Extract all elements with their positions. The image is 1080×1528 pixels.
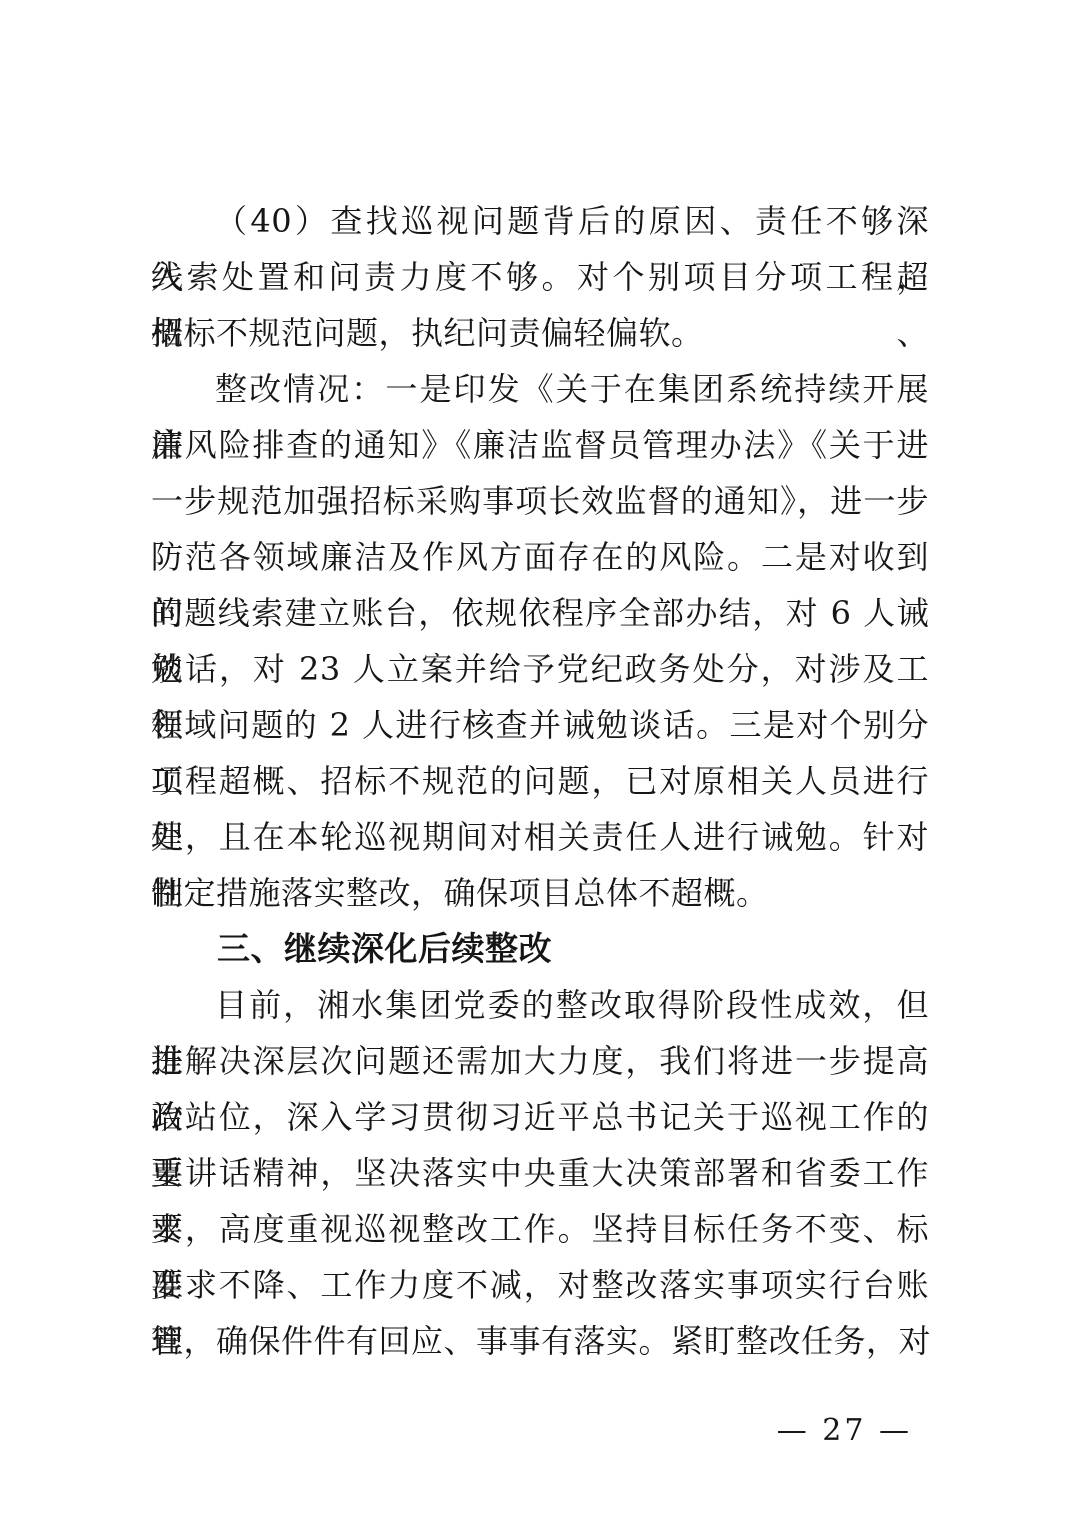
text-line: 制定措施落实整改，确保项目总体不超概。 — [151, 865, 929, 921]
section-heading: 三、继续深化后续整改 — [151, 921, 929, 977]
text-line: 工程超概、招标不规范的问题，已对原相关人员进行处 — [151, 753, 929, 809]
text-line: 防范各领域廉洁及作风方面存在的风险。二是对收到的 — [151, 529, 929, 585]
paragraph: 整改情况：一是印发《关于在集团系统持续开展廉洁风险排查的通知》《廉洁监督员管理办… — [151, 361, 929, 921]
text-line: 领域问题的 2 人进行核查并诫勉谈话。三是对个别分项 — [151, 697, 929, 753]
text-line: 进解决深层次问题还需加大力度，我们将进一步提高政 — [151, 1033, 929, 1089]
text-line: 要讲话精神，坚决落实中央重大决策部署和省委工作要 — [151, 1145, 929, 1201]
text-line: 理，确保件件有回应、事事有落实。紧盯整改任务，对 — [151, 1313, 929, 1369]
paragraph: （40）查找巡视问题背后的原因、责任不够深入，线索处置和问责力度不够。对个别项目… — [151, 193, 929, 361]
paragraph: 目前，湘水集团党委的整改取得阶段性成效，但推进解决深层次问题还需加大力度，我们将… — [151, 977, 929, 1369]
text-line: （40）查找巡视问题背后的原因、责任不够深入， — [151, 193, 929, 249]
text-line: 理，且在本轮巡视期间对相关责任人进行诫勉。针对性 — [151, 809, 929, 865]
text-line: 要求不降、工作力度不减，对整改落实事项实行台账管 — [151, 1257, 929, 1313]
text-line: 洁风险排查的通知》《廉洁监督员管理办法》《关于进 — [151, 417, 929, 473]
text-block: （40）查找巡视问题背后的原因、责任不够深入，线索处置和问责力度不够。对个别项目… — [151, 193, 929, 1369]
text-line: 一步规范加强招标采购事项长效监督的通知》，进一步 — [151, 473, 929, 529]
document-page: （40）查找巡视问题背后的原因、责任不够深入，线索处置和问责力度不够。对个别项目… — [0, 0, 1080, 1528]
text-line: 三、继续深化后续整改 — [151, 921, 929, 977]
text-line: 治站位，深入学习贯彻习近平总书记关于巡视工作的重 — [151, 1089, 929, 1145]
page-number: — 27 — — [777, 1414, 912, 1448]
text-line: 线索处置和问责力度不够。对个别项目分项工程超概、 — [151, 249, 929, 305]
text-line: 目前，湘水集团党委的整改取得阶段性成效，但推 — [151, 977, 929, 1033]
text-line: 整改情况：一是印发《关于在集团系统持续开展廉 — [151, 361, 929, 417]
text-line: 问题线索建立账台，依规依程序全部办结，对 6 人诫勉 — [151, 585, 929, 641]
text-line: 谈话，对 23 人立案并给予党纪政务处分，对涉及工程 — [151, 641, 929, 697]
text-line: 求，高度重视巡视整改工作。坚持目标任务不变、标准 — [151, 1201, 929, 1257]
